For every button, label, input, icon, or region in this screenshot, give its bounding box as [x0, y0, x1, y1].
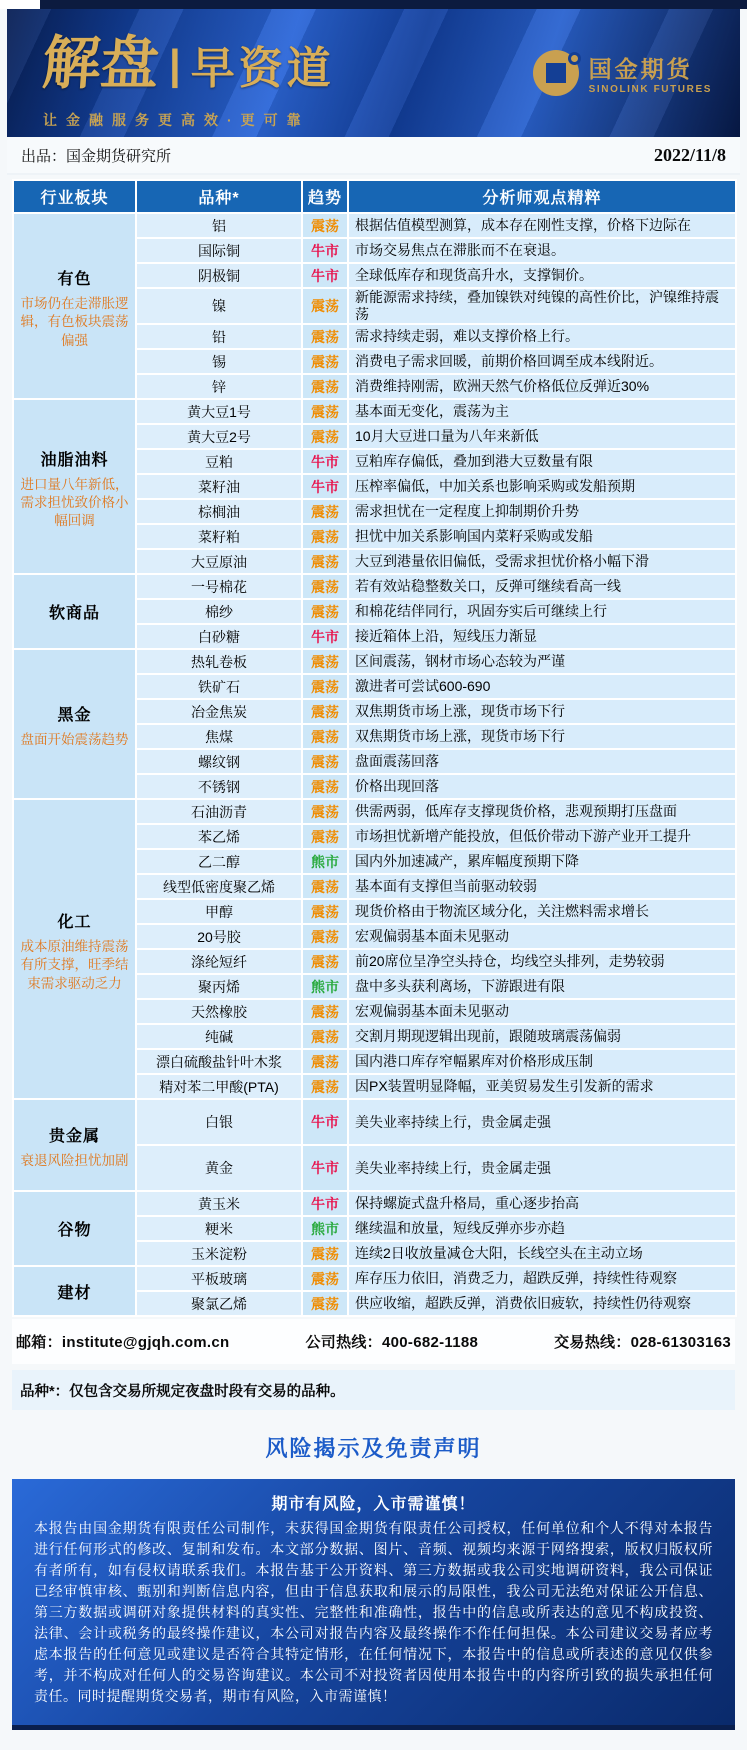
sector-note: 盘面开始震荡趋势: [17, 731, 132, 749]
observation-text: 盘中多头获利离场，下游跟进有限: [355, 978, 729, 995]
sector-note: 成本原油维持震荡有所支撑，旺季结束需求驱动乏力: [17, 938, 132, 993]
variety-cell: 热轧卷板: [136, 649, 302, 674]
sector-name: 软商品: [17, 600, 132, 623]
observation-cell: 若有效站稳整数关口，反弹可继续看高一线: [348, 574, 736, 599]
observation-cell: 消费电子需求回暖，前期价格回调至成本线附近。: [348, 349, 736, 374]
observation-cell: 和棉花结伴同行，巩固夯实后可继续上行: [348, 599, 736, 624]
observation-text: 若有效站稳整数关口，反弹可继续看高一线: [355, 578, 729, 595]
observation-cell: 交割月期现逻辑出现前，跟随玻璃震荡偏弱: [348, 1024, 736, 1049]
observation-cell: 消费维持刚需，欧洲天然气价格低位反弹近30%: [348, 374, 736, 399]
observation-text: 价格出现回落: [355, 778, 729, 795]
observation-cell: 价格出现回落: [348, 774, 736, 799]
trend-badge: 震荡: [302, 874, 348, 899]
observation-text: 现货价格由于物流区域分化，关注燃料需求增长: [355, 903, 729, 920]
trend-badge: 震荡: [302, 424, 348, 449]
trend-badge: 牛市: [302, 474, 348, 499]
observation-text: 市场担忧新增产能投放，但低价带动下游产业开工提升: [355, 828, 729, 845]
observation-cell: 继续温和放量，短线反弹亦步亦趋: [348, 1216, 736, 1241]
variety-cell: 螺纹钢: [136, 749, 302, 774]
column-header-sector: 行业板块: [13, 180, 136, 213]
sector-cell: 油脂油料进口量八年新低，需求担忧致价格小幅回调: [13, 399, 136, 574]
observation-text: 豆粕库存偏低，叠加到港大豆数量有限: [355, 453, 729, 470]
variety-cell: 纯碱: [136, 1024, 302, 1049]
variety-cell: 冶金焦炭: [136, 699, 302, 724]
sector-cell: 建材: [13, 1266, 136, 1316]
company-name-en: SINOLINK FUTURES: [589, 84, 712, 95]
observation-text: 激进者可尝试600-690: [355, 678, 729, 695]
observation-text: 基本面有支撑但当前驱动较弱: [355, 878, 729, 895]
observation-cell: 宏观偏弱基本面未见驱动: [348, 924, 736, 949]
observation-text: 根据估值模型测算，成本存在刚性支撑，价格下边际在: [355, 217, 729, 234]
observation-text: 大豆到港量依旧偏低，受需求担忧价格小幅下滑: [355, 553, 729, 570]
observation-text: 消费电子需求回暖，前期价格回调至成本线附近。: [355, 353, 729, 370]
company-name-cn: 国金期货: [589, 51, 712, 84]
trend-badge: 震荡: [302, 549, 348, 574]
sector-name: 谷物: [17, 1217, 132, 1240]
observation-cell: 接近箱体上沿，短线压力渐显: [348, 624, 736, 649]
table-body: 有色市场仍在走滞胀逻辑，有色板块震荡偏强铝震荡根据估值模型测算，成本存在刚性支撑…: [13, 213, 736, 1316]
trend-badge: 震荡: [302, 774, 348, 799]
meta-bar: 出品：国金期货研究所 2022/11/8: [7, 137, 740, 175]
trend-badge: 震荡: [302, 699, 348, 724]
trend-badge: 震荡: [302, 1291, 348, 1316]
variety-note-text: 品种*：仅包含交易所规定夜盘时段有交易的品种。: [20, 1380, 345, 1401]
sector-note: 进口量八年新低，需求担忧致价格小幅回调: [17, 476, 132, 531]
sector-name: 建材: [17, 1280, 132, 1303]
variety-cell: 铝: [136, 213, 302, 238]
trend-badge: 牛市: [302, 449, 348, 474]
trend-badge: 震荡: [302, 324, 348, 349]
sector-cell: 黑金盘面开始震荡趋势: [13, 649, 136, 799]
trend-badge: 震荡: [302, 288, 348, 324]
email-text: 邮箱：institute@gjqh.com.cn: [16, 1331, 230, 1352]
company-logo-icon: [533, 50, 579, 96]
observation-cell: 豆粕库存偏低，叠加到港大豆数量有限: [348, 449, 736, 474]
trend-badge: 牛市: [302, 1145, 348, 1191]
observation-cell: 需求担忧在一定程度上抑制期价升势: [348, 499, 736, 524]
table-row: 谷物黄玉米牛市保持螺旋式盘升格局，重心逐步抬高: [13, 1191, 736, 1216]
trend-badge: 震荡: [302, 399, 348, 424]
observation-cell: 库存压力依旧，消费乏力，超跌反弹，持续性待观察: [348, 1266, 736, 1291]
variety-cell: 粳米: [136, 1216, 302, 1241]
trend-badge: 震荡: [302, 599, 348, 624]
variety-cell: 甲醇: [136, 899, 302, 924]
table-row: 贵金属衰退风险担忧加剧白银牛市美失业率持续上行，贵金属走强: [13, 1099, 736, 1145]
observation-cell: 市场担忧新增产能投放，但低价带动下游产业开工提升: [348, 824, 736, 849]
trend-badge: 震荡: [302, 799, 348, 824]
column-header-variety: 品种*: [136, 180, 302, 213]
brand-title: 解盘: [40, 16, 162, 100]
variety-cell: 漂白硫酸盐针叶木浆: [136, 1049, 302, 1074]
brand-subtitle: 早资道: [191, 32, 335, 96]
observation-cell: 现货价格由于物流区域分化，关注燃料需求增长: [348, 899, 736, 924]
banner: 解盘 | 早资道 让金融服务更高效·更可靠 国金期货 SINOLINK FUTU…: [7, 9, 740, 137]
trend-badge: 震荡: [302, 674, 348, 699]
variety-cell: 黄金: [136, 1145, 302, 1191]
variety-cell: 棕榈油: [136, 499, 302, 524]
trend-badge: 熊市: [302, 1216, 348, 1241]
sector-name: 黑金: [17, 702, 132, 725]
observation-text: 和棉花结伴同行，巩固夯实后可继续上行: [355, 603, 729, 620]
table-row: 黑金盘面开始震荡趋势热轧卷板震荡区间震荡，钢材市场心态较为严谨: [13, 649, 736, 674]
observation-text: 全球低库存和现货高升水，支撑铜价。: [355, 267, 729, 284]
trend-badge: 震荡: [302, 499, 348, 524]
observation-cell: 保持螺旋式盘升格局，重心逐步抬高: [348, 1191, 736, 1216]
sector-name: 贵金属: [17, 1123, 132, 1146]
variety-cell: 苯乙烯: [136, 824, 302, 849]
variety-cell: 精对苯二甲酸(PTA): [136, 1074, 302, 1099]
sector-name: 油脂油料: [17, 447, 132, 470]
variety-cell: 一号棉花: [136, 574, 302, 599]
trend-badge: 震荡: [302, 1241, 348, 1266]
observation-text: 压榨率偏低，中加关系也影响采购或发船预期: [355, 478, 729, 495]
table-row: 油脂油料进口量八年新低，需求担忧致价格小幅回调黄大豆1号震荡基本面无变化，震荡为…: [13, 399, 736, 424]
disclaimer-body: 本报告由国金期货有限责任公司制作，未获得国金期货有限责任公司授权，任何单位和个人…: [34, 1518, 713, 1707]
variety-cell: 棉纱: [136, 599, 302, 624]
observation-cell: 根据估值模型测算，成本存在刚性支撑，价格下边际在: [348, 213, 736, 238]
variety-cell: 铁矿石: [136, 674, 302, 699]
table-row: 建材平板玻璃震荡库存压力依旧，消费乏力，超跌反弹，持续性待观察: [13, 1266, 736, 1291]
trend-badge: 牛市: [302, 624, 348, 649]
trend-badge: 震荡: [302, 213, 348, 238]
observation-text: 供需两弱，低库存支撑现货价格，悲观预期打压盘面: [355, 803, 729, 820]
observation-cell: 基本面无变化，震荡为主: [348, 399, 736, 424]
brand-block: 解盘 | 早资道 让金融服务更高效·更可靠: [43, 16, 335, 130]
trend-badge: 震荡: [302, 724, 348, 749]
observation-text: 双焦期货市场上涨，现货市场下行: [355, 728, 729, 745]
variety-cell: 锌: [136, 374, 302, 399]
observation-text: 新能源需求持续，叠加镍铁对纯镍的高性价比，沪镍维持震荡: [355, 289, 729, 323]
trend-badge: 熊市: [302, 974, 348, 999]
variety-cell: 玉米淀粉: [136, 1241, 302, 1266]
variety-cell: 20号胶: [136, 924, 302, 949]
trend-badge: 震荡: [302, 524, 348, 549]
brand-tagline: 让金融服务更高效·更可靠: [43, 110, 335, 130]
observation-text: 担忧中加关系影响国内菜籽采购或发船: [355, 528, 729, 545]
observation-cell: 双焦期货市场上涨，现货市场下行: [348, 724, 736, 749]
observation-cell: 连续2日收放量减仓大阳，长线空头在主动立场: [348, 1241, 736, 1266]
variety-cell: 豆粕: [136, 449, 302, 474]
variety-cell: 白银: [136, 1099, 302, 1145]
variety-cell: 白砂糖: [136, 624, 302, 649]
variety-cell: 聚氯乙烯: [136, 1291, 302, 1316]
trend-badge: 牛市: [302, 1099, 348, 1145]
observation-text: 需求担忧在一定程度上抑制期价升势: [355, 503, 729, 520]
trend-badge: 震荡: [302, 374, 348, 399]
brand-divider: |: [169, 41, 181, 89]
report-table: 行业板块 品种* 趋势 分析师观点精粹 有色市场仍在走滞胀逻辑，有色板块震荡偏强…: [12, 179, 737, 1317]
disclaimer-title: 风险揭示及免责声明: [0, 1432, 747, 1463]
observation-text: 消费维持刚需，欧洲天然气价格低位反弹近30%: [355, 378, 729, 395]
variety-cell: 涤纶短纤: [136, 949, 302, 974]
trend-badge: 震荡: [302, 1266, 348, 1291]
observation-text: 10月大豆进口量为八年来新低: [355, 428, 729, 445]
bottom-spacer: [0, 1730, 747, 1750]
variety-cell: 天然橡胶: [136, 999, 302, 1024]
sector-name: 化工: [17, 909, 132, 932]
variety-cell: 乙二醇: [136, 849, 302, 874]
observation-cell: 担忧中加关系影响国内菜籽采购或发船: [348, 524, 736, 549]
observation-cell: 压榨率偏低，中加关系也影响采购或发船预期: [348, 474, 736, 499]
variety-cell: 不锈钢: [136, 774, 302, 799]
trend-badge: 震荡: [302, 999, 348, 1024]
trend-badge: 震荡: [302, 574, 348, 599]
observation-text: 需求持续走弱，难以支撑价格上行。: [355, 328, 729, 345]
trend-badge: 牛市: [302, 1191, 348, 1216]
variety-cell: 镍: [136, 288, 302, 324]
observation-cell: 基本面有支撑但当前驱动较弱: [348, 874, 736, 899]
observation-cell: 区间震荡，钢材市场心态较为严谨: [348, 649, 736, 674]
table-row: 化工成本原油维持震荡有所支撑，旺季结束需求驱动乏力石油沥青震荡供需两弱，低库存支…: [13, 799, 736, 824]
variety-cell: 黄玉米: [136, 1191, 302, 1216]
variety-cell: 黄大豆1号: [136, 399, 302, 424]
trend-badge: 牛市: [302, 263, 348, 288]
trend-badge: 震荡: [302, 924, 348, 949]
trend-badge: 震荡: [302, 749, 348, 774]
observation-cell: 全球低库存和现货高升水，支撑铜价。: [348, 263, 736, 288]
sector-cell: 贵金属衰退风险担忧加剧: [13, 1099, 136, 1191]
observation-cell: 市场交易焦点在滞胀而不在衰退。: [348, 238, 736, 263]
table-row: 有色市场仍在走滞胀逻辑，有色板块震荡偏强铝震荡根据估值模型测算，成本存在刚性支撑…: [13, 213, 736, 238]
observation-cell: 盘中多头获利离场，下游跟进有限: [348, 974, 736, 999]
trend-badge: 震荡: [302, 899, 348, 924]
column-header-analyst-view: 分析师观点精粹: [348, 180, 736, 213]
variety-cell: 阴极铜: [136, 263, 302, 288]
observation-text: 市场交易焦点在滞胀而不在衰退。: [355, 242, 729, 259]
variety-cell: 铅: [136, 324, 302, 349]
column-header-trend: 趋势: [302, 180, 348, 213]
sector-note: 衰退风险担忧加剧: [17, 1152, 132, 1170]
variety-cell: 聚丙烯: [136, 974, 302, 999]
observation-cell: 盘面震荡回落: [348, 749, 736, 774]
variety-cell: 国际铜: [136, 238, 302, 263]
top-strip: [0, 0, 747, 9]
observation-text: 前20席位呈净空头持仓，均线空头排列，走势较弱: [355, 953, 729, 970]
observation-text: 国内港口库存窄幅累库对价格形成压制: [355, 1053, 729, 1070]
report-page: 解盘 | 早资道 让金融服务更高效·更可靠 国金期货 SINOLINK FUTU…: [0, 0, 747, 1750]
table-row: 软商品一号棉花震荡若有效站稳整数关口，反弹可继续看高一线: [13, 574, 736, 599]
observation-text: 美失业率持续上行，贵金属走强: [355, 1160, 729, 1177]
report-date: 2022/11/8: [654, 145, 726, 166]
observation-text: 区间震荡，钢材市场心态较为严谨: [355, 653, 729, 670]
observation-text: 宏观偏弱基本面未见驱动: [355, 928, 729, 945]
variety-cell: 大豆原油: [136, 549, 302, 574]
trend-badge: 震荡: [302, 824, 348, 849]
sector-note: 市场仍在走滞胀逻辑，有色板块震荡偏强: [17, 295, 132, 350]
variety-cell: 焦煤: [136, 724, 302, 749]
observation-cell: 前20席位呈净空头持仓，均线空头排列，走势较弱: [348, 949, 736, 974]
variety-cell: 线型低密度聚乙烯: [136, 874, 302, 899]
observation-text: 国内外加速减产，累库幅度预期下降: [355, 853, 729, 870]
observation-text: 双焦期货市场上涨，现货市场下行: [355, 703, 729, 720]
observation-cell: 国内港口库存窄幅累库对价格形成压制: [348, 1049, 736, 1074]
contact-bar: 邮箱：institute@gjqh.com.cn 公司热线：400-682-11…: [12, 1319, 735, 1364]
variety-cell: 石油沥青: [136, 799, 302, 824]
observation-text: 美失业率持续上行，贵金属走强: [355, 1114, 729, 1131]
observation-text: 连续2日收放量减仓大阳，长线空头在主动立场: [355, 1245, 729, 1262]
observation-cell: 因PX装置明显降幅，亚美贸易发生引发新的需求: [348, 1074, 736, 1099]
observation-text: 因PX装置明显降幅，亚美贸易发生引发新的需求: [355, 1078, 729, 1095]
observation-cell: 激进者可尝试600-690: [348, 674, 736, 699]
variety-cell: 黄大豆2号: [136, 424, 302, 449]
trend-badge: 震荡: [302, 1024, 348, 1049]
observation-text: 库存压力依旧，消费乏力，超跌反弹，持续性待观察: [355, 1270, 729, 1287]
observation-text: 宏观偏弱基本面未见驱动: [355, 1003, 729, 1020]
observation-cell: 国内外加速减产，累库幅度预期下降: [348, 849, 736, 874]
trend-badge: 震荡: [302, 649, 348, 674]
trend-badge: 震荡: [302, 349, 348, 374]
observation-text: 保持螺旋式盘升格局，重心逐步抬高: [355, 1195, 729, 1212]
trend-badge: 熊市: [302, 849, 348, 874]
observation-cell: 供需两弱，低库存支撑现货价格，悲观预期打压盘面: [348, 799, 736, 824]
observation-cell: 宏观偏弱基本面未见驱动: [348, 999, 736, 1024]
observation-cell: 需求持续走弱，难以支撑价格上行。: [348, 324, 736, 349]
observation-cell: 大豆到港量依旧偏低，受需求担忧价格小幅下滑: [348, 549, 736, 574]
observation-cell: 10月大豆进口量为八年来新低: [348, 424, 736, 449]
sector-cell: 化工成本原油维持震荡有所支撑，旺季结束需求驱动乏力: [13, 799, 136, 1099]
observation-text: 基本面无变化，震荡为主: [355, 403, 729, 420]
observation-text: 交割月期现逻辑出现前，跟随玻璃震荡偏弱: [355, 1028, 729, 1045]
observation-text: 接近箱体上沿，短线压力渐显: [355, 628, 729, 645]
observation-text: 盘面震荡回落: [355, 753, 729, 770]
disclaimer-box: 期市有风险，入市需谨慎！ 本报告由国金期货有限责任公司制作，未获得国金期货有限责…: [12, 1479, 735, 1730]
top-corner-notch: [0, 0, 40, 9]
trend-badge: 震荡: [302, 1049, 348, 1074]
observation-cell: 双焦期货市场上涨，现货市场下行: [348, 699, 736, 724]
company-logo: 国金期货 SINOLINK FUTURES: [533, 50, 712, 96]
variety-note-bar: 品种*：仅包含交易所规定夜盘时段有交易的品种。: [12, 1370, 735, 1410]
observation-cell: 美失业率持续上行，贵金属走强: [348, 1145, 736, 1191]
trading-hotline-text: 交易热线：028-61303163: [554, 1331, 731, 1352]
company-hotline-text: 公司热线：400-682-1188: [305, 1331, 478, 1352]
variety-cell: 平板玻璃: [136, 1266, 302, 1291]
variety-cell: 锡: [136, 349, 302, 374]
variety-cell: 菜籽粕: [136, 524, 302, 549]
variety-cell: 菜籽油: [136, 474, 302, 499]
observation-cell: 美失业率持续上行，贵金属走强: [348, 1099, 736, 1145]
trend-badge: 震荡: [302, 1074, 348, 1099]
publisher-label: 出品：国金期货研究所: [21, 145, 171, 166]
sector-cell: 谷物: [13, 1191, 136, 1266]
observation-cell: 供应收缩，超跌反弹，消费依旧疲软，持续性仍待观察: [348, 1291, 736, 1316]
trend-badge: 牛市: [302, 238, 348, 263]
table-header-row: 行业板块 品种* 趋势 分析师观点精粹: [13, 180, 736, 213]
sector-cell: 有色市场仍在走滞胀逻辑，有色板块震荡偏强: [13, 213, 136, 399]
sector-name: 有色: [17, 266, 132, 289]
observation-text: 继续温和放量，短线反弹亦步亦趋: [355, 1220, 729, 1237]
observation-text: 供应收缩，超跌反弹，消费依旧疲软，持续性仍待观察: [355, 1295, 729, 1312]
disclaimer-warning: 期市有风险，入市需谨慎！: [34, 1491, 713, 1514]
trend-badge: 震荡: [302, 949, 348, 974]
sector-cell: 软商品: [13, 574, 136, 649]
observation-cell: 新能源需求持续，叠加镍铁对纯镍的高性价比，沪镍维持震荡: [348, 288, 736, 324]
